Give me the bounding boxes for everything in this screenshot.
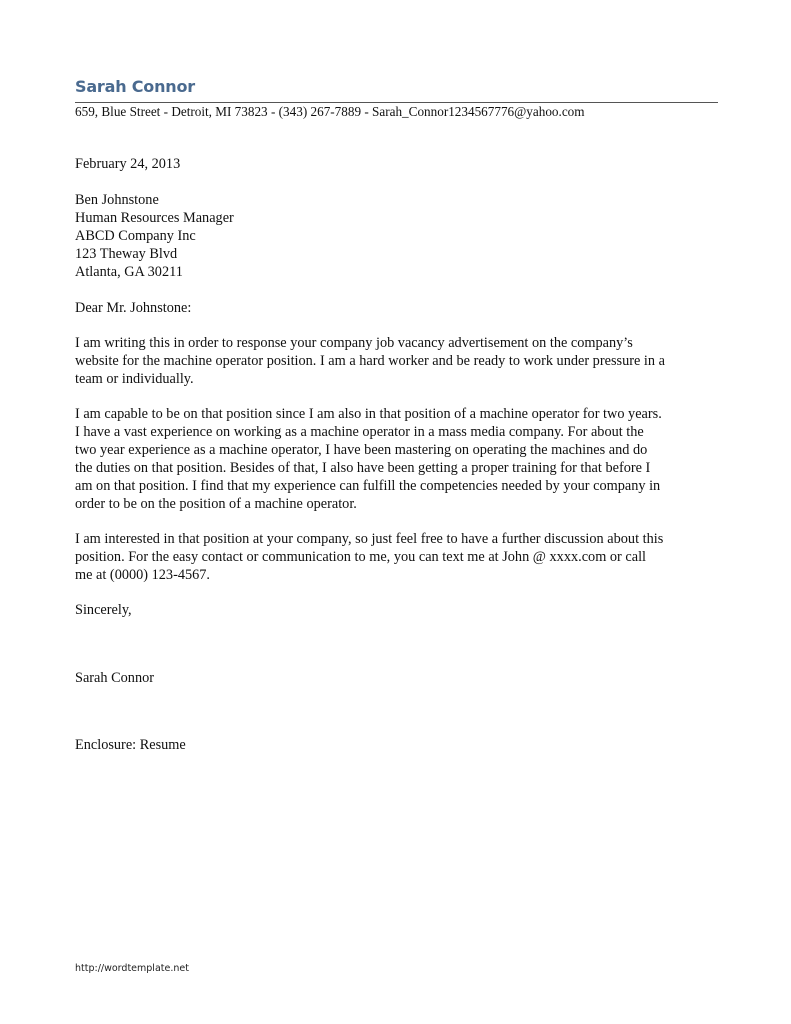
sender-contact-line: 659, Blue Street - Detroit, MI 73823 - (… [75, 104, 585, 120]
recipient-title: Human Resources Manager [75, 209, 234, 227]
body-paragraph-2: I am capable to be on that position sinc… [75, 405, 725, 513]
sender-name-heading: Sarah Connor [75, 77, 195, 96]
recipient-address-block: Ben Johnstone Human Resources Manager AB… [75, 191, 234, 281]
signature-name: Sarah Connor [75, 669, 154, 687]
paragraph-line: the duties on that position. Besides of … [75, 459, 725, 477]
paragraph-line: position. For the easy contact or commun… [75, 548, 725, 566]
salutation: Dear Mr. Johnstone: [75, 299, 191, 317]
paragraph-line: team or individually. [75, 370, 725, 388]
recipient-city: Atlanta, GA 30211 [75, 263, 234, 281]
footer-website-link[interactable]: http://wordtemplate.net [75, 963, 189, 974]
enclosure-note: Enclosure: Resume [75, 736, 186, 754]
paragraph-line: I am capable to be on that position sinc… [75, 405, 725, 423]
body-paragraph-1: I am writing this in order to response y… [75, 334, 725, 388]
paragraph-line: I have a vast experience on working as a… [75, 423, 725, 441]
closing: Sincerely, [75, 601, 132, 619]
paragraph-line: order to be on the position of a machine… [75, 495, 725, 513]
letter-date: February 24, 2013 [75, 155, 180, 173]
paragraph-line: website for the machine operator positio… [75, 352, 725, 370]
recipient-company: ABCD Company Inc [75, 227, 234, 245]
paragraph-line: am on that position. I find that my expe… [75, 477, 725, 495]
paragraph-line: me at (0000) 123-4567. [75, 566, 725, 584]
recipient-street: 123 Theway Blvd [75, 245, 234, 263]
paragraph-line: I am writing this in order to response y… [75, 334, 725, 352]
recipient-name: Ben Johnstone [75, 191, 234, 209]
paragraph-line: two year experience as a machine operato… [75, 441, 725, 459]
letter-page: Sarah Connor 659, Blue Street - Detroit,… [0, 0, 791, 1024]
body-paragraph-3: I am interested in that position at your… [75, 530, 725, 584]
header-divider [75, 102, 718, 103]
paragraph-line: I am interested in that position at your… [75, 530, 725, 548]
